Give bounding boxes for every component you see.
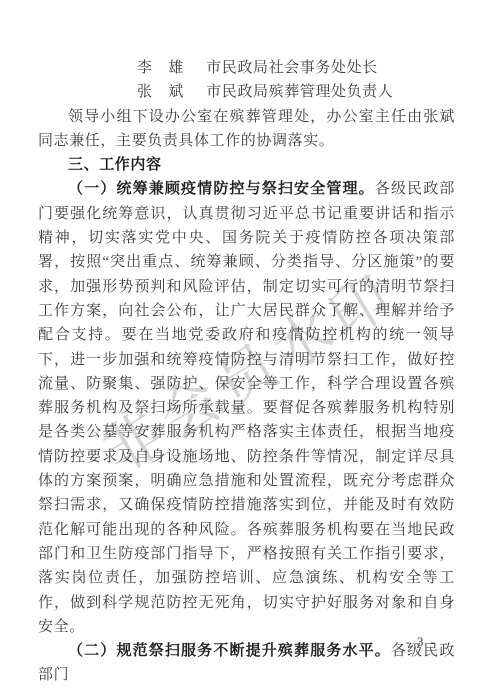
paragraph-1-body: 各级民政部门要强化统筹意识，认真贯彻习近平总书记重要讲话和指示精神，切实落实党中… — [38, 181, 455, 634]
person-name: 张 斌 — [137, 80, 184, 104]
person-title: 市民政局殡葬管理处负责人 — [206, 80, 393, 104]
person-title: 市民政局社会事务处处长 — [206, 56, 378, 80]
document-page: 非会员水印 李 雄 市民政局社会事务处处长 张 斌 市民政局殡葬管理处负责人 领… — [0, 0, 495, 700]
paragraph-1: （一）统筹兼顾疫情防控与祭扫安全管理。各级民政部门要强化统筹意识，认真贯彻习近平… — [38, 177, 455, 639]
paragraph-1-lead: （一）统筹兼顾疫情防控与祭扫安全管理。 — [68, 181, 375, 197]
paragraph-2-lead: （二）规范祭扫服务不断提升殡葬服务水平。 — [68, 643, 391, 659]
name-entry: 张 斌 市民政局殡葬管理处负责人 — [137, 80, 455, 104]
intro-paragraph: 领导小组下设办公室在殡葬管理处，办公室主任由张斌同志兼任，主要负责具体工作的协调… — [38, 105, 455, 154]
page-number: - 3 - — [405, 634, 437, 650]
name-entry: 李 雄 市民政局社会事务处处长 — [137, 56, 455, 80]
document-content: 李 雄 市民政局社会事务处处长 张 斌 市民政局殡葬管理处负责人 领导小组下设办… — [38, 56, 455, 688]
paragraph-2: （二）规范祭扫服务不断提升殡葬服务水平。各级民政部门 — [38, 639, 455, 688]
person-name: 李 雄 — [137, 56, 184, 80]
section-heading: 三、工作内容 — [38, 153, 455, 177]
name-list: 李 雄 市民政局社会事务处处长 张 斌 市民政局殡葬管理处负责人 — [38, 56, 455, 105]
